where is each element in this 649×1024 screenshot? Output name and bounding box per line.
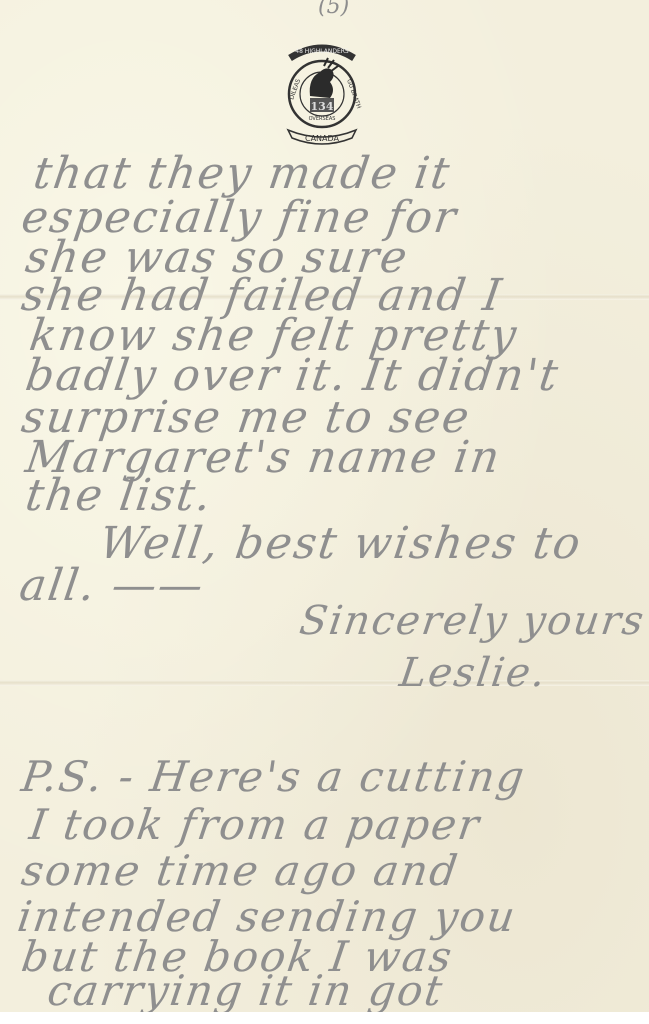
svg-text:48 HIGHLANDERS: 48 HIGHLANDERS — [295, 48, 349, 55]
postscript-line: I took from a paper — [27, 800, 484, 849]
valediction: Sincerely yours — [297, 598, 648, 644]
postscript-line: P.S. - Here's a cutting — [19, 752, 529, 801]
crest-icon: 48 HIGHLANDERS DILEAS GU BRATH 134 OVERS… — [280, 36, 364, 148]
page-number: (5) — [318, 0, 349, 19]
fold-line — [0, 680, 649, 686]
signature: Leslie. — [397, 650, 550, 696]
svg-text:CANADA: CANADA — [305, 134, 340, 143]
letter-page: (5) 48 HIGHLANDERS DILEAS GU BRATH 134 O… — [0, 0, 649, 1012]
postscript-line: carrying it in got — [45, 966, 448, 1012]
svg-text:134: 134 — [311, 100, 334, 113]
body-line: all. —— — [16, 560, 208, 611]
body-line: the list. — [22, 470, 216, 521]
svg-text:OVERSEAS: OVERSEAS — [309, 116, 336, 122]
postscript-line: some time ago and — [19, 846, 463, 895]
regimental-crest: 48 HIGHLANDERS DILEAS GU BRATH 134 OVERS… — [280, 36, 364, 148]
